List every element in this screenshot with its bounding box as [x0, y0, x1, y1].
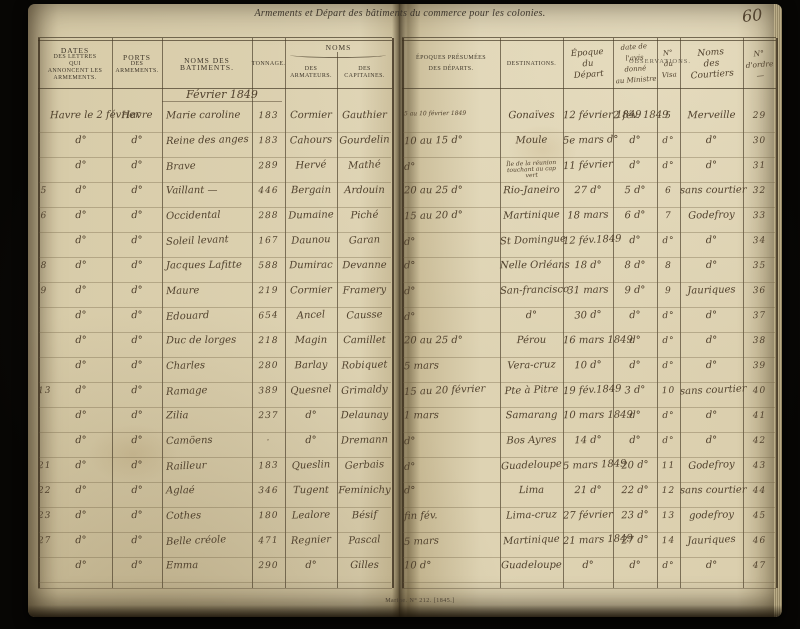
header-numero-ordre-handwritten: N° d'ordre —: [741, 39, 777, 89]
table-row: d°d°Emma290d°Gilles10 d°Guadelouped°d°d°…: [0, 558, 800, 583]
cell-owner: Lealore: [285, 510, 337, 521]
header-capitaines: des CAPITAINES.: [337, 58, 392, 88]
cell-port: d°: [112, 210, 162, 221]
cell-notice: 2 fév. 1849: [613, 111, 657, 121]
cell-order: 46: [743, 535, 776, 546]
cell-date: d°: [50, 510, 112, 522]
table-row: 5d°d°Vaillant —446BergainArdouin20 au 25…: [0, 183, 800, 208]
cell-margin: 9: [38, 286, 50, 296]
header-date-avis-handwritten: date de l'avis donné au Ministre: [611, 39, 658, 90]
cell-owner: d°: [285, 435, 337, 446]
table-row: d°d°Edouard654AncelCaussed°d°30 d°d°d°d°…: [0, 308, 800, 333]
cell-epoque: 15 au 20 d°: [404, 210, 498, 222]
cell-tonnage: 346: [252, 486, 285, 496]
cell-margin: 23: [38, 511, 50, 521]
cell-owner: Regnier: [285, 535, 337, 547]
cell-ship: Ramage: [166, 384, 252, 398]
cell-ship: Soleil levant: [166, 234, 252, 248]
cell-destination: Bos Ayres: [500, 435, 563, 447]
cell-visa: 5: [657, 111, 680, 121]
cell-visa: d°: [657, 136, 680, 147]
cell-departure: 16 mars 1849: [563, 336, 613, 346]
cell-margin: 21: [38, 461, 50, 472]
cell-notice: d°: [613, 435, 657, 446]
cell-captain: Delaunay: [337, 411, 392, 421]
cell-captain: Grimaldy: [337, 385, 392, 397]
cell-destination: Pérou: [500, 336, 563, 347]
folio-number: 60: [741, 5, 763, 26]
cell-notice: 9 d°: [613, 285, 657, 296]
cell-owner: d°: [285, 561, 337, 571]
table-row: d°d°Duc de lorges218MaginCamillet20 au 2…: [0, 333, 800, 358]
cell-epoque: d°: [404, 285, 498, 297]
cell-captain: Garan: [337, 235, 392, 247]
cell-date: d°: [50, 210, 112, 222]
header-epoque-depart-handwritten: Époque du Départ: [561, 38, 614, 89]
cell-date: Havre le 2 février: [50, 111, 112, 122]
header-courtiers-handwritten: Noms des Courtiers: [678, 38, 744, 90]
cell-epoque: 10 au 15 d°: [404, 135, 498, 147]
cell-broker: godefroy: [680, 510, 743, 522]
cell-tonnage: 471: [252, 535, 285, 546]
cell-epoque: 5 au 10 février 1849: [404, 111, 498, 118]
table-row: d°d°Charles280BarlayRobiquet5 marsVera-c…: [0, 358, 800, 383]
cell-destination: Lima-cruz: [500, 510, 563, 522]
scanned-ledger-page: Armements et Départ des bâtiments du com…: [0, 0, 800, 629]
cell-port: d°: [112, 261, 162, 271]
cell-broker: d°: [680, 336, 743, 347]
cell-destination: Vera-cruz: [500, 360, 563, 372]
cell-visa: d°: [657, 311, 680, 322]
cell-tonnage: 218: [252, 336, 285, 346]
cell-departure: 10 mars 1849: [563, 411, 613, 421]
cell-captain: Devanne: [337, 261, 392, 271]
cell-port: d°: [112, 160, 162, 172]
cell-captain: Gilles: [337, 561, 392, 571]
cell-tonnage: 289: [252, 160, 285, 171]
cell-owner: Barlay: [285, 360, 337, 371]
cell-margin: 13: [38, 386, 50, 397]
cell-port: d°: [112, 510, 162, 521]
book-bottom-shadow: [28, 605, 782, 617]
cell-notice: 6 d°: [613, 210, 657, 221]
cell-owner: d°: [285, 411, 337, 421]
cell-owner: Magin: [285, 336, 337, 346]
cell-tonnage: 654: [252, 310, 285, 321]
cell-order: 45: [743, 511, 776, 522]
cell-broker: sans courtier: [680, 385, 743, 398]
cell-order: 44: [743, 486, 776, 496]
cell-visa: d°: [657, 436, 680, 447]
cell-broker: Jauriques: [680, 285, 743, 297]
cell-owner: Ancel: [285, 310, 337, 322]
cell-destination: San-francisco: [500, 285, 563, 297]
cell-visa: 7: [657, 211, 680, 222]
cell-order: 42: [743, 436, 776, 447]
cell-departure: 30 d°: [563, 310, 613, 322]
cell-ship: Marie caroline: [166, 111, 252, 122]
cell-port: d°: [112, 310, 162, 322]
cell-port: d°: [112, 435, 162, 446]
table-row: d°d°Reine des anges183CahoursGourdelin10…: [0, 133, 800, 158]
cell-tonnage: 180: [252, 511, 285, 522]
cell-broker: d°: [680, 160, 743, 173]
cell-margin: 5: [38, 186, 50, 196]
cell-destination: Guadeloupe: [500, 460, 563, 473]
cell-captain: Bésif: [337, 510, 392, 521]
header-destinations: DESTINATIONS.: [500, 40, 563, 88]
cell-ship: Zilia: [166, 411, 252, 422]
cell-epoque: 1 mars: [404, 411, 498, 422]
cell-port: d°: [112, 235, 162, 247]
cell-ship: Maure: [166, 285, 252, 297]
cell-broker: d°: [680, 135, 743, 147]
cell-date: d°: [50, 186, 112, 197]
header-dates: DATES DES LETTRES QUI ANNONCENT LES ARME…: [40, 40, 110, 88]
header-epoques: ÉPOQUES PRÉSUMÉES DES DÉPARTS.: [404, 40, 498, 88]
cell-notice: 23 d°: [613, 510, 657, 521]
cell-destination: Guadeloupe: [500, 561, 563, 572]
cell-visa: d°: [657, 411, 680, 421]
cell-departure: 19 fév.1849: [563, 385, 613, 397]
cell-port: d°: [112, 411, 162, 421]
cell-visa: 11: [657, 461, 680, 472]
cell-destination: Gonaïves: [500, 111, 563, 122]
cell-order: 29: [743, 111, 776, 121]
cell-tonnage: ·: [252, 436, 285, 447]
table-row: 13d°d°Ramage389QuesnelGrimaldy15 au 20 f…: [0, 383, 800, 408]
table-row: 9d°d°Maure219CormierFrameryd°San-francis…: [0, 283, 800, 308]
cell-broker: d°: [680, 261, 743, 272]
cell-captain: Robiquet: [337, 360, 392, 371]
cell-notice: d°: [613, 336, 657, 346]
cell-order: 34: [743, 235, 776, 246]
cell-notice: d°: [613, 135, 657, 146]
cell-captain: Mathé: [337, 160, 392, 172]
cell-destination: Martinique: [500, 535, 563, 548]
cell-order: 37: [743, 310, 776, 321]
cell-ship: Camöens: [166, 435, 252, 447]
cell-port: d°: [112, 135, 162, 146]
cell-broker: sans courtier: [680, 486, 743, 497]
cell-departure: 18 d°: [563, 261, 613, 271]
cell-destination: Samarang: [500, 411, 563, 422]
cell-tonnage: 183: [252, 460, 285, 471]
cell-departure: 27 février: [563, 510, 613, 521]
cell-port: d°: [112, 561, 162, 571]
cell-captain: Camillet: [337, 336, 392, 346]
cell-tonnage: 280: [252, 361, 285, 372]
cell-notice: 8 d°: [613, 261, 657, 271]
cell-date: d°: [50, 460, 112, 473]
cell-owner: Dumirac: [285, 261, 337, 271]
cell-captain: Feminichy: [337, 486, 392, 496]
cell-destination: Martinique: [500, 210, 563, 222]
cell-departure: 27 d°: [563, 186, 613, 196]
cell-ship: Charles: [166, 360, 252, 372]
cell-date: d°: [50, 310, 112, 323]
cell-date: d°: [50, 235, 112, 248]
register-title: Armements et Départ des bâtiments du com…: [130, 8, 670, 19]
cell-epoque: 20 au 25 d°: [404, 186, 498, 197]
cell-broker: Merveille: [680, 111, 743, 122]
cell-tonnage: 288: [252, 211, 285, 222]
table-row: 27d°d°Belle créole471RegnierPascal5 mars…: [0, 533, 800, 558]
cell-notice: d°: [613, 360, 657, 371]
cell-broker: Jauriques: [680, 535, 743, 548]
cell-port: d°: [112, 486, 162, 496]
cell-margin: 22: [38, 486, 50, 496]
cell-owner: Tugent: [285, 486, 337, 496]
cell-broker: d°: [680, 411, 743, 422]
cell-destination: Nelle Orléans: [500, 261, 563, 272]
cell-tonnage: 446: [252, 186, 285, 196]
cell-visa: 13: [657, 511, 680, 522]
cell-visa: d°: [657, 336, 680, 346]
cell-tonnage: 237: [252, 411, 285, 421]
cell-order: 33: [743, 211, 776, 222]
cell-departure: 10 d°: [563, 360, 613, 371]
cell-ship: Vaillant —: [166, 186, 252, 197]
cell-ship: Belle créole: [166, 534, 252, 548]
table-row: d°d°Camöens·d°Dremannd°Bos Ayres14 d°d°d…: [0, 433, 800, 458]
cell-epoque: 15 au 20 février: [404, 384, 498, 398]
cell-destination: d°: [500, 310, 563, 323]
cell-visa: d°: [657, 361, 680, 372]
table-row: 8d°d°Jacques Lafitte588DumiracDevanned°N…: [0, 258, 800, 283]
cell-order: 41: [743, 411, 776, 421]
cell-tonnage: 167: [252, 235, 285, 246]
table-row: 22d°d°Aglaé346TugentFeminichyd°Lima21 d°…: [0, 483, 800, 508]
cell-visa: d°: [657, 161, 680, 172]
cell-port: d°: [112, 186, 162, 196]
cell-ship: Reine des anges: [166, 135, 252, 147]
cell-departure: 18 mars: [563, 210, 613, 221]
cell-date: d°: [50, 435, 112, 447]
cell-visa: d°: [657, 236, 680, 247]
cell-departure: 14 d°: [563, 435, 613, 446]
cell-captain: Pascal: [337, 535, 392, 547]
cell-notice: d°: [613, 310, 657, 322]
cell-epoque: 20 au 25 d°: [404, 336, 498, 347]
cell-departure: 12 février 1849: [563, 111, 613, 121]
cell-date: d°: [50, 135, 112, 147]
cell-notice: d°: [613, 411, 657, 421]
cell-tonnage: 290: [252, 561, 285, 571]
cell-broker: d°: [680, 310, 743, 323]
cell-date: d°: [50, 535, 112, 548]
cell-tonnage: 183: [252, 136, 285, 147]
cell-order: 43: [743, 460, 776, 471]
cell-owner: Dumaine: [285, 210, 337, 221]
cell-ship: Emma: [166, 561, 252, 572]
cell-notice: 20 d°: [613, 460, 657, 472]
table-row: d°d°Soleil levant167DaunouGarand°St Domi…: [0, 233, 800, 258]
cell-broker: d°: [680, 360, 743, 372]
cell-departure: 21 mars 1849: [563, 535, 613, 547]
cell-departure: d°: [563, 561, 613, 571]
cell-date: d°: [50, 336, 112, 347]
cell-order: 47: [743, 561, 776, 571]
cell-broker: Godefroy: [680, 210, 743, 222]
cell-captain: Causse: [337, 310, 392, 322]
cell-port: d°: [112, 460, 162, 472]
cell-broker: d°: [680, 561, 743, 572]
cell-epoque: d°: [404, 435, 498, 447]
cell-broker: sans courtier: [680, 186, 743, 197]
cell-ship: Occidental: [166, 210, 252, 222]
cell-epoque: d°: [404, 234, 498, 248]
cell-port: d°: [112, 336, 162, 346]
cell-owner: Queslin: [285, 460, 337, 472]
cell-visa: d°: [657, 561, 680, 571]
cell-date: d°: [50, 486, 112, 497]
cell-date: d°: [50, 360, 112, 372]
cell-order: 39: [743, 361, 776, 372]
cell-order: 40: [743, 385, 776, 396]
cell-notice: 27 d°: [613, 535, 657, 547]
cell-epoque: d°: [404, 261, 498, 272]
cell-visa: 14: [657, 536, 680, 547]
cell-port: Havre: [112, 111, 162, 121]
header-armateurs: des ARMATEURS.: [285, 58, 337, 88]
cell-epoque: d°: [404, 459, 498, 473]
cell-margin: 27: [38, 536, 50, 547]
cell-captain: Gerbais: [337, 460, 392, 472]
table-row: 6d°d°Occidental288DumainePiché15 au 20 d…: [0, 208, 800, 233]
cell-captain: Gauthier: [337, 111, 392, 121]
cell-visa: 12: [657, 486, 680, 496]
cell-destination: Île de la réunion touchant au cap vert: [500, 160, 564, 181]
cell-epoque: d°: [404, 159, 498, 173]
cell-captain: Gourdelin: [337, 135, 392, 146]
cell-epoque: fin fév.: [404, 510, 498, 522]
cell-owner: Cormier: [285, 111, 337, 121]
cell-destination: Rio-Janeiro: [500, 186, 563, 197]
table-row: d°d°Zilia237d°Delaunay1 marsSamarang10 m…: [0, 408, 800, 433]
cell-margin: 6: [38, 211, 50, 221]
cell-ship: Aglaé: [166, 486, 252, 497]
cell-captain: Piché: [337, 210, 392, 221]
cell-date: d°: [50, 261, 112, 272]
cell-destination: St Domingue: [500, 235, 563, 248]
header-numero-visa-handwritten: N° du Visa: [655, 39, 681, 88]
printer-imprint: Marine. N° 212. [1845.]: [330, 598, 510, 604]
month-section-header: Février 1849: [162, 88, 282, 102]
cell-departure: 5e mars d°: [563, 135, 613, 146]
header-batiments: NOMS DES BATIMENTS.: [162, 40, 252, 88]
table-row: 23d°d°Cothes180LealoreBésiffin fév.Lima-…: [0, 508, 800, 533]
cell-ship: Brave: [166, 159, 252, 173]
cell-departure: 12 fév.1849: [563, 235, 613, 247]
cell-epoque: d°: [404, 486, 498, 497]
table-row: Havre le 2 févrierHavreMarie caroline183…: [0, 108, 800, 133]
cell-epoque: 10 d°: [404, 561, 498, 572]
cell-captain: Dremann: [337, 435, 392, 446]
cell-tonnage: 588: [252, 261, 285, 271]
cell-destination: Moule: [500, 135, 563, 147]
cell-order: 35: [743, 261, 776, 271]
cell-destination: Lima: [500, 486, 563, 497]
cell-notice: 22 d°: [613, 486, 657, 496]
header-ports: PORTS DES ARMEMENTS.: [112, 40, 162, 88]
cell-tonnage: 219: [252, 286, 285, 297]
cell-departure: 11 février: [563, 160, 613, 172]
cell-port: d°: [112, 360, 162, 371]
cell-notice: d°: [613, 235, 657, 247]
table-row: 21d°d°Railleur183QueslinGerbaisd°Guadelo…: [0, 458, 800, 483]
cell-ship: Edouard: [166, 309, 252, 323]
cell-date: d°: [50, 160, 112, 173]
cell-tonnage: 389: [252, 385, 285, 396]
cell-order: 32: [743, 186, 776, 196]
cell-port: d°: [112, 285, 162, 296]
table-row: d°d°Brave289HervéMathéd°Île de la réunio…: [0, 158, 800, 183]
cell-epoque: 5 mars: [404, 534, 498, 548]
cell-port: d°: [112, 535, 162, 547]
cell-date: d°: [50, 411, 112, 422]
cell-owner: Cahours: [285, 135, 337, 146]
cell-visa: 10: [657, 386, 680, 397]
cell-epoque: d°: [404, 309, 498, 323]
cell-epoque: 5 mars: [404, 360, 498, 372]
cell-tonnage: 183: [252, 111, 285, 121]
cell-broker: d°: [680, 435, 743, 447]
cell-ship: Duc de lorges: [166, 336, 252, 347]
cell-visa: 6: [657, 186, 680, 196]
cell-departure: 31 mars: [563, 285, 613, 296]
cell-ship: Cothes: [166, 510, 252, 522]
cell-port: d°: [112, 385, 162, 397]
cell-destination: Pte à Pitre: [500, 385, 563, 398]
cell-broker: d°: [680, 235, 743, 248]
cell-date: d°: [50, 385, 112, 398]
cell-order: 38: [743, 336, 776, 346]
cell-notice: 5 d°: [613, 186, 657, 196]
cell-owner: Daunou: [285, 235, 337, 247]
header-tonnage: TONNAGE.: [252, 40, 285, 88]
cell-broker: Godefroy: [680, 460, 743, 473]
cell-departure: 5 mars 1849: [563, 460, 613, 472]
cell-date: d°: [50, 561, 112, 572]
cell-ship: Railleur: [166, 459, 252, 473]
cell-ship: Jacques Lafitte: [166, 261, 252, 272]
cell-order: 30: [743, 136, 776, 147]
cell-owner: Bergain: [285, 186, 337, 196]
cell-visa: 8: [657, 261, 680, 271]
cell-margin: 8: [38, 261, 50, 271]
cell-captain: Framery: [337, 285, 392, 296]
cell-owner: Quesnel: [285, 385, 337, 397]
cell-order: 36: [743, 286, 776, 297]
cell-notice: 3 d°: [613, 385, 657, 397]
cell-owner: Hervé: [285, 160, 337, 172]
cell-captain: Ardouin: [337, 186, 392, 196]
cell-visa: 9: [657, 286, 680, 297]
cell-departure: 21 d°: [563, 486, 613, 496]
cell-notice: d°: [613, 160, 657, 172]
cell-order: 31: [743, 160, 776, 171]
cell-notice: d°: [613, 561, 657, 571]
cell-owner: Cormier: [285, 285, 337, 296]
cell-date: d°: [50, 285, 112, 297]
